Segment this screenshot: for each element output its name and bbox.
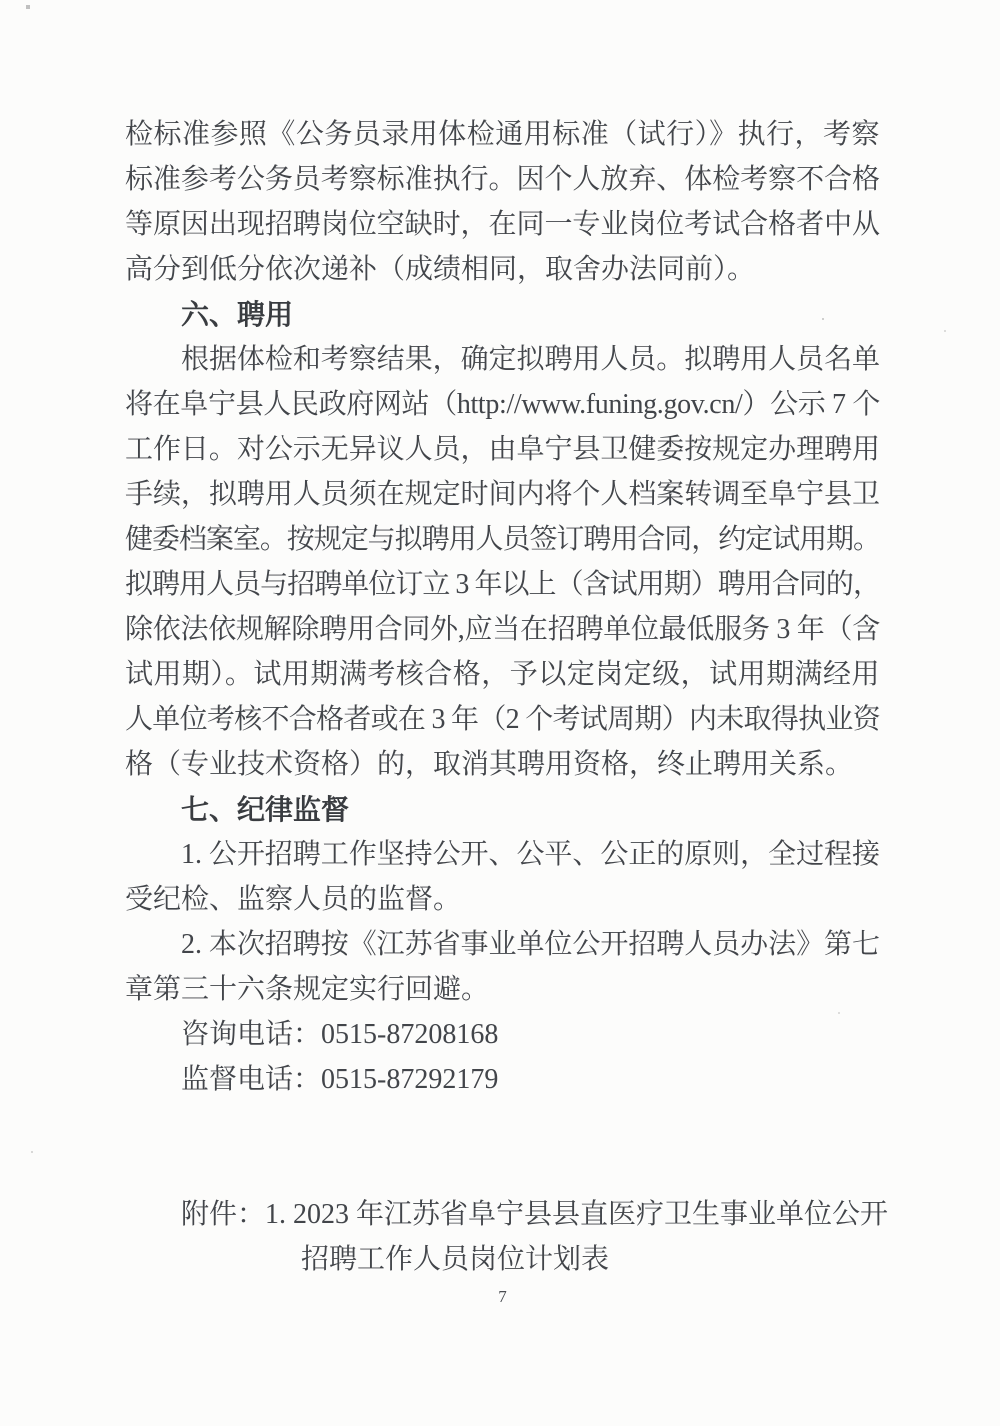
text-line-content: 六、聘用 bbox=[181, 292, 293, 337]
text-line-content: 招聘工作人员岗位计划表 bbox=[301, 1237, 609, 1282]
text-line-content: 格（专业技术资格）的，取消其聘用资格，终止聘用关系。 bbox=[125, 742, 853, 787]
text-line-content: 拟聘用人员与招聘单位订立 3 年以上（含试用期）聘用合同的， bbox=[125, 562, 880, 607]
text-line: 工作日。对公示无异议人员，由阜宁县卫健委按规定办理聘用 bbox=[125, 427, 880, 472]
text-line-content: 2. 本次招聘按《江苏省事业单位公开招聘人员办法》第七 bbox=[181, 922, 880, 967]
blank-line bbox=[125, 1102, 880, 1147]
text-line: 章第三十六条规定实行回避。 bbox=[125, 967, 880, 1012]
text-line-content: 检标准参照《公务员录用体检通用标准（试行）》执行，考察 bbox=[125, 112, 880, 157]
scanned-document-page: 检标准参照《公务员录用体检通用标准（试行）》执行，考察标准参考公务员考察标准执行… bbox=[0, 0, 1000, 1426]
text-line: 手续，拟聘用人员须在规定时间内将个人档案转调至阜宁县卫 bbox=[125, 472, 880, 517]
text-line-content: 咨询电话：0515-87208168 bbox=[181, 1012, 498, 1057]
text-line-content: 等原因出现招聘岗位空缺时，在同一专业岗位考试合格者中从 bbox=[125, 202, 880, 247]
text-line-content: 七、纪律监督 bbox=[181, 787, 349, 832]
page-number: 7 bbox=[125, 1282, 880, 1312]
text-line: 高分到低分依次递补（成绩相同，取舍办法同前）。 bbox=[125, 247, 880, 292]
text-line: 标准参考公务员考察标准执行。因个人放弃、体检考察不合格 bbox=[125, 157, 880, 202]
text-line: 检标准参照《公务员录用体检通用标准（试行）》执行，考察 bbox=[125, 112, 880, 157]
text-line-content: 除依法依规解除聘用合同外,应当在招聘单位最低服务 3 年（含 bbox=[125, 607, 880, 652]
section-heading: 七、纪律监督 bbox=[125, 787, 880, 832]
blank-line bbox=[125, 1147, 880, 1192]
text-line-content: 章第三十六条规定实行回避。 bbox=[125, 967, 489, 1012]
text-line: 将在阜宁县人民政府网站（http://www.funing.gov.cn/）公示… bbox=[125, 382, 880, 427]
text-line: 咨询电话：0515-87208168 bbox=[125, 1012, 880, 1057]
text-line: 格（专业技术资格）的，取消其聘用资格，终止聘用关系。 bbox=[125, 742, 880, 787]
section-heading: 六、聘用 bbox=[125, 292, 880, 337]
text-line-content: 高分到低分依次递补（成绩相同，取舍办法同前）。 bbox=[125, 247, 755, 292]
text-line: 招聘工作人员岗位计划表 bbox=[125, 1237, 880, 1282]
text-line-content: 监督电话：0515-87292179 bbox=[181, 1057, 498, 1102]
text-line-content: 标准参考公务员考察标准执行。因个人放弃、体检考察不合格 bbox=[125, 157, 880, 202]
text-line: 试用期）。试用期满考核合格，予以定岗定级，试用期满经用 bbox=[125, 652, 880, 697]
text-line: 监督电话：0515-87292179 bbox=[125, 1057, 880, 1102]
text-line: 1. 公开招聘工作坚持公开、公平、公正的原则，全过程接 bbox=[125, 832, 880, 877]
text-line: 2. 本次招聘按《江苏省事业单位公开招聘人员办法》第七 bbox=[125, 922, 880, 967]
text-line-content: 人单位考核不合格者或在 3 年（2 个考试周期）内未取得执业资 bbox=[125, 697, 880, 742]
text-line-content: 试用期）。试用期满考核合格，予以定岗定级，试用期满经用 bbox=[125, 652, 880, 697]
text-line: 根据体检和考察结果，确定拟聘用人员。拟聘用人员名单 bbox=[125, 337, 880, 382]
text-line-content: 附件：1. 2023 年江苏省阜宁县县直医疗卫生事业单位公开 bbox=[181, 1192, 888, 1237]
text-line: 人单位考核不合格者或在 3 年（2 个考试周期）内未取得执业资 bbox=[125, 697, 880, 742]
text-line: 附件：1. 2023 年江苏省阜宁县县直医疗卫生事业单位公开 bbox=[125, 1192, 880, 1237]
text-line: 除依法依规解除聘用合同外,应当在招聘单位最低服务 3 年（含 bbox=[125, 607, 880, 652]
text-line-content: 工作日。对公示无异议人员，由阜宁县卫健委按规定办理聘用 bbox=[125, 427, 880, 472]
text-line-content: 健委档案室。按规定与拟聘用人员签订聘用合同，约定试用期。 bbox=[125, 517, 880, 562]
text-line: 拟聘用人员与招聘单位订立 3 年以上（含试用期）聘用合同的， bbox=[125, 562, 880, 607]
document-text-block: 检标准参照《公务员录用体检通用标准（试行）》执行，考察标准参考公务员考察标准执行… bbox=[125, 112, 880, 1282]
text-line-content: 受纪检、监察人员的监督。 bbox=[125, 877, 461, 922]
text-line: 健委档案室。按规定与拟聘用人员签订聘用合同，约定试用期。 bbox=[125, 517, 880, 562]
text-line: 等原因出现招聘岗位空缺时，在同一专业岗位考试合格者中从 bbox=[125, 202, 880, 247]
text-line: 受纪检、监察人员的监督。 bbox=[125, 877, 880, 922]
text-line-content: 手续，拟聘用人员须在规定时间内将个人档案转调至阜宁县卫 bbox=[125, 472, 880, 517]
scan-noise-speckles bbox=[0, 0, 2, 2]
text-line-content: 将在阜宁县人民政府网站（http://www.funing.gov.cn/）公示… bbox=[125, 382, 880, 427]
text-line-content: 根据体检和考察结果，确定拟聘用人员。拟聘用人员名单 bbox=[181, 337, 880, 382]
text-line-content: 1. 公开招聘工作坚持公开、公平、公正的原则，全过程接 bbox=[181, 832, 880, 877]
